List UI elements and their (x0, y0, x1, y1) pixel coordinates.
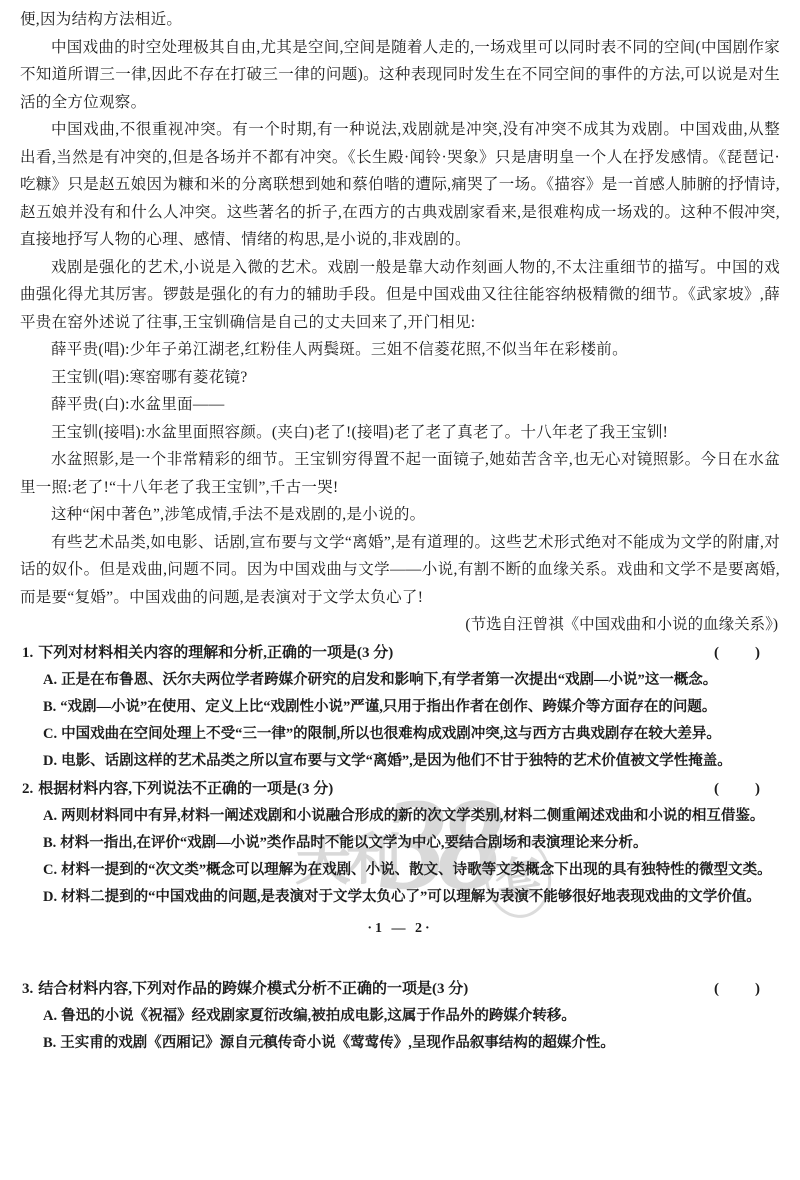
passage-paragraph: 有些艺术品类,如电影、话剧,宣布要与文学“离婚”,是有道理的。这些艺术形式绝对不… (20, 529, 780, 612)
question-3-option-b: B.王实甫的戏剧《西厢记》源自元稹传奇小说《莺莺传》,呈现作品叙事结构的超媒介性… (20, 1030, 780, 1057)
option-text: 王实甫的戏剧《西厢记》源自元稹传奇小说《莺莺传》,呈现作品叙事结构的超媒介性。 (60, 1035, 615, 1051)
question-3-stem-line: 3.结合材料内容,下列对作品的跨媒介模式分析不正确的一项是(3 分) ( ) (20, 975, 780, 1003)
question-3: 3.结合材料内容,下列对作品的跨媒介模式分析不正确的一项是(3 分) ( ) A… (20, 975, 780, 1057)
passage-paragraph-continuation: 便,因为结构方法相近。 (20, 6, 780, 34)
passage-paragraph: 中国戏曲的时空处理极其自由,尤其是空间,空间是随着人走的,一场戏里可以同时表不同… (20, 34, 780, 117)
question-number: 3. (22, 981, 33, 997)
question-1-stem-line: 1.下列对材料相关内容的理解和分析,正确的一项是(3 分) ( ) (20, 639, 780, 667)
option-label: D. (43, 753, 57, 769)
question-1-option-a: A.正是在布鲁恩、沃尔夫两位学者跨媒介研究的启发和影响下,有学者第一次提出“戏剧… (20, 667, 780, 694)
question-number: 1. (22, 645, 33, 661)
passage-paragraph: 这种“闲中著色”,涉笔成情,手法不是戏剧的,是小说的。 (20, 501, 780, 529)
option-text: 材料二提到的“中国戏曲的问题,是表演对于文学太负心了”可以理解为表演不能够很好地… (61, 889, 761, 905)
option-label: D. (43, 889, 57, 905)
question-1-option-b: B.“戏剧—小说”在使用、定义上比“戏剧性小说”严谨,只用于指出作者在创作、跨媒… (20, 694, 780, 721)
answer-bracket: ( ) (714, 639, 762, 667)
question-2-stem-line: 2.根据材料内容,下列说法不正确的一项是(3 分) ( ) (20, 775, 780, 803)
question-1-stem: 1.下列对材料相关内容的理解和分析,正确的一项是(3 分) (22, 639, 393, 667)
option-label: B. (43, 699, 56, 715)
question-3-option-a: A.鲁迅的小说《祝福》经戏剧家夏衍改编,被拍成电影,这属于作品外的跨媒介转移。 (20, 1003, 780, 1030)
option-text: “戏剧—小说”在使用、定义上比“戏剧性小说”严谨,只用于指出作者在创作、跨媒介等… (60, 699, 716, 715)
question-number: 2. (22, 781, 33, 797)
option-text: 电影、话剧这样的艺术品类之所以宣布要与文学“离婚”,是因为他们不甘于独特的艺术价… (61, 753, 732, 769)
option-label: C. (43, 862, 57, 878)
option-text: 材料一提到的“次文类”概念可以理解为在戏剧、小说、散文、诗歌等文类概念下出现的具… (61, 862, 772, 878)
option-label: A. (43, 1008, 57, 1024)
question-2-stem: 2.根据材料内容,下列说法不正确的一项是(3 分) (22, 775, 333, 803)
option-label: A. (43, 672, 57, 688)
page-content: 便,因为结构方法相近。 中国戏曲的时空处理极其自由,尤其是空间,空间是随着人走的… (20, 6, 780, 1057)
question-2-option-d: D.材料二提到的“中国戏曲的问题,是表演对于文学太负心了”可以理解为表演不能够很… (20, 884, 780, 911)
answer-bracket: ( ) (714, 775, 762, 803)
passage-paragraph: 中国戏曲,不很重视冲突。有一个时期,有一种说法,戏剧就是冲突,没有冲突不成其为戏… (20, 116, 780, 254)
opera-dialogue-line: 薛平贵(白):水盆里面—— (20, 391, 780, 419)
page-number-footer: ·1 — 2· (20, 921, 780, 937)
question-stem-text: 结合材料内容,下列对作品的跨媒介模式分析不正确的一项是(3 分) (38, 981, 468, 997)
question-2-option-a: A.两则材料同中有异,材料一阐述戏剧和小说融合形成的新的次文学类别,材料二侧重阐… (20, 803, 780, 830)
exam-page: 天利 38 套 便,因为结构方法相近。 中国戏曲的时空处理极其自由,尤其是空间,… (0, 0, 800, 1180)
option-text: 鲁迅的小说《祝福》经戏剧家夏衍改编,被拍成电影,这属于作品外的跨媒介转移。 (61, 1008, 576, 1024)
passage-paragraph: 戏剧是强化的艺术,小说是入微的艺术。戏剧一般是靠大动作刻画人物的,不太注重细节的… (20, 254, 780, 337)
passage-source-attribution: (节选自汪曾祺《中国戏曲和小说的血缘关系》) (20, 611, 780, 639)
passage-paragraph: 水盆照影,是一个非常精彩的细节。王宝钏穷得置不起一面镜子,她茹苦含辛,也无心对镜… (20, 446, 780, 501)
question-stem-text: 下列对材料相关内容的理解和分析,正确的一项是(3 分) (38, 645, 393, 661)
option-label: A. (43, 808, 57, 824)
question-2: 2.根据材料内容,下列说法不正确的一项是(3 分) ( ) A.两则材料同中有异… (20, 775, 780, 911)
option-label: B. (43, 1035, 56, 1051)
question-1-option-d: D.电影、话剧这样的艺术品类之所以宣布要与文学“离婚”,是因为他们不甘于独特的艺… (20, 748, 780, 775)
question-stem-text: 根据材料内容,下列说法不正确的一项是(3 分) (38, 781, 333, 797)
option-text: 材料一指出,在评价“戏剧—小说”类作品时不能以文学为中心,要结合剧场和表演理论来… (60, 835, 647, 851)
answer-bracket: ( ) (714, 975, 762, 1003)
opera-dialogue-line: 王宝钏(唱):寒窑哪有菱花镜? (20, 364, 780, 392)
question-1: 1.下列对材料相关内容的理解和分析,正确的一项是(3 分) ( ) A.正是在布… (20, 639, 780, 775)
question-3-stem: 3.结合材料内容,下列对作品的跨媒介模式分析不正确的一项是(3 分) (22, 975, 468, 1003)
question-2-option-b: B.材料一指出,在评价“戏剧—小说”类作品时不能以文学为中心,要结合剧场和表演理… (20, 830, 780, 857)
option-text: 正是在布鲁恩、沃尔夫两位学者跨媒介研究的启发和影响下,有学者第一次提出“戏剧—小… (61, 672, 717, 688)
option-label: B. (43, 835, 56, 851)
option-text: 中国戏曲在空间处理上不受“三一律”的限制,所以也很难构成戏剧冲突,这与西方古典戏… (61, 726, 721, 742)
question-2-option-c: C.材料一提到的“次文类”概念可以理解为在戏剧、小说、散文、诗歌等文类概念下出现… (20, 857, 780, 884)
question-1-option-c: C.中国戏曲在空间处理上不受“三一律”的限制,所以也很难构成戏剧冲突,这与西方古… (20, 721, 780, 748)
option-text: 两则材料同中有异,材料一阐述戏剧和小说融合形成的新的次文学类别,材料二侧重阐述戏… (61, 808, 764, 824)
opera-dialogue-line: 王宝钏(接唱):水盆里面照容颜。(夹白)老了!(接唱)老了老了真老了。十八年老了… (20, 419, 780, 447)
option-label: C. (43, 726, 57, 742)
opera-dialogue-line: 薛平贵(唱):少年子弟江湖老,红粉佳人两鬓斑。三姐不信菱花照,不似当年在彩楼前。 (20, 336, 780, 364)
